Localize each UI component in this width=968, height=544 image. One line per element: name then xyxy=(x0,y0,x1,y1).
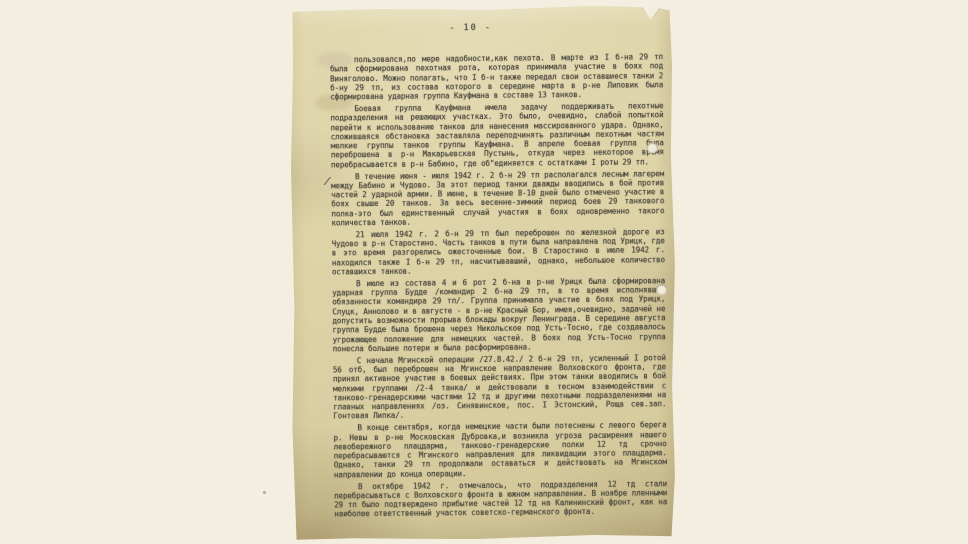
typewritten-text-block: пользовался,по мере надобности,как пехот… xyxy=(330,52,667,521)
paragraph: В октябре 1942 г. отмечалось, что подраз… xyxy=(334,479,667,519)
torn-corner-shadow xyxy=(640,7,660,20)
scan-viewer-background: - 10 - / пользовался,по мере надобности,… xyxy=(0,0,968,544)
background-speck xyxy=(263,491,266,494)
document-page: - 10 - / пользовался,по мере надобности,… xyxy=(288,5,677,541)
paragraph: 21 июля 1942 г. 2 б-н 29 тп был переброш… xyxy=(332,227,665,277)
punch-hole xyxy=(656,284,667,295)
paragraph: В течение июня - июля 1942 г. 2 б-н 29 т… xyxy=(331,169,665,228)
paragraph: В июле из состава 4 и 6 рот 2 б-на в р-н… xyxy=(332,276,666,354)
page-number: - 10 - xyxy=(425,23,517,34)
paragraph: С начала Мгинской операции /27.8.42./ 2 … xyxy=(333,353,667,421)
paragraph: Боевая группа Кауфмана имела задачу подд… xyxy=(330,101,664,169)
punch-hole xyxy=(647,142,658,153)
paragraph: В конце сентября, когда немецкие части б… xyxy=(333,421,667,480)
paragraph: пользовался,по мере надобности,как пехот… xyxy=(330,52,663,102)
